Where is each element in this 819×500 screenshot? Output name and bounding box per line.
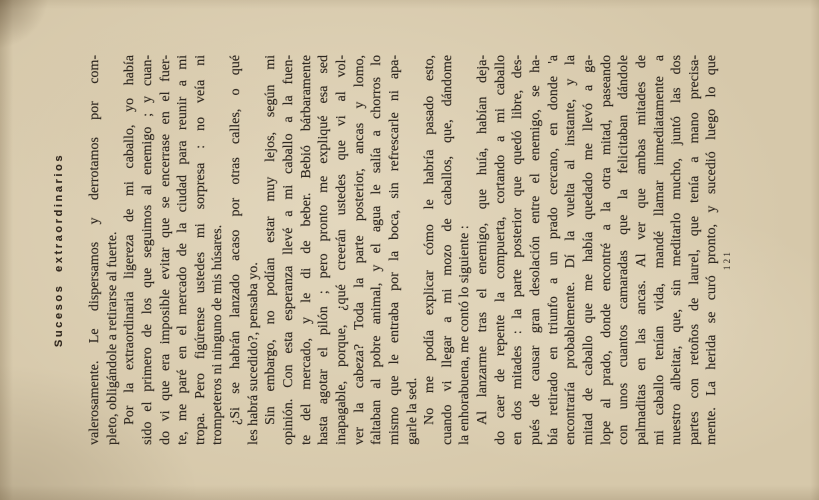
text-line: pleto, obligándole a retirarse al fuerte… [104, 55, 122, 445]
text-line: mismo que le entraba por la boca, sin re… [386, 55, 404, 445]
text-line: te, me paré en el mercado de la ciudad p… [174, 55, 192, 445]
running-head: Sucesos extraordinarios [53, 55, 65, 445]
text-line: con unos cuantos camaradas que la felici… [615, 55, 633, 445]
text-line: hasta agotar el pilón ; pero pronto me e… [315, 55, 333, 445]
text-line: bía retirado en triunfo a un prado cerca… [545, 55, 563, 445]
text-line: pués de causar gran desolación entre el … [527, 55, 545, 445]
text-line: cuando vi llegar a mi mozo de caballos, … [439, 55, 457, 445]
text-line: mente. La herida se curó pronto, y suced… [703, 55, 721, 445]
book-page: Sucesos extraordinarios valerosamente. L… [0, 0, 819, 500]
text-line: nuestro albeitar, que, sin meditarlo muc… [668, 55, 686, 445]
text-line: en dos mitades : la parte posterior que … [509, 55, 527, 445]
text-line: trompeteros ni ninguno de mis húsares. [209, 55, 227, 445]
text-line: ¿Si se habrán lanzado acaso por otras ca… [227, 55, 245, 445]
text-line: do vi que era imposible evitar que se en… [157, 55, 175, 445]
text-block: valerosamente. Le dispersamos y derrotam… [86, 55, 721, 445]
text-line: ver la cabeza? Toda la parte posterior, … [351, 55, 369, 445]
text-line: lope al prado, donde encontré a la otra … [598, 55, 616, 445]
text-line: inapagable, porque, ¿qué creerán ustedes… [333, 55, 351, 445]
text-line: No me podía explicar cómo le habría pasa… [421, 55, 439, 445]
text-line: partes con retoños de laurel, que tenía … [686, 55, 704, 445]
text-line: do caer de repente la compuerta, cortand… [492, 55, 510, 445]
text-line: palmaditas en las ancas. Al ver que amba… [633, 55, 651, 445]
text-line: garle la sed. [404, 55, 422, 445]
text-line: valerosamente. Le dispersamos y derrotam… [86, 55, 104, 445]
page-number: 121 [722, 65, 732, 455]
text-line: faltaban al pobre animal, y el agua le s… [368, 55, 386, 445]
text-line: te del mercado, y le di de beber. Bebió … [298, 55, 316, 445]
text-line: Por la extraordinaria ligereza de mi cab… [121, 55, 139, 445]
text-line: mitad de caballo que me había quedado me… [580, 55, 598, 445]
text-line: mi caballo tenían vida, mandé llamar inm… [651, 55, 669, 445]
text-line: tropa. Pero figúrense ustedes mi sorpres… [192, 55, 210, 445]
text-line: sido el primero de los que seguimos al e… [139, 55, 157, 445]
scanned-book-page: Sucesos extraordinarios valerosamente. L… [0, 0, 819, 500]
text-line: les habrá sucedido?, pensaba yo. [245, 55, 263, 445]
text-line: encontraría probablemente. Dí la vuelta … [562, 55, 580, 445]
text-line: Al lanzarme tras el enemigo, que huía, h… [474, 55, 492, 445]
text-line: opinión. Con esta esperanza llevé a mi c… [280, 55, 298, 445]
text-line: la enhorabuena, me contó lo siguiente : [456, 55, 474, 445]
text-line: Sin embargo, no podían estar muy lejos, … [262, 55, 280, 445]
